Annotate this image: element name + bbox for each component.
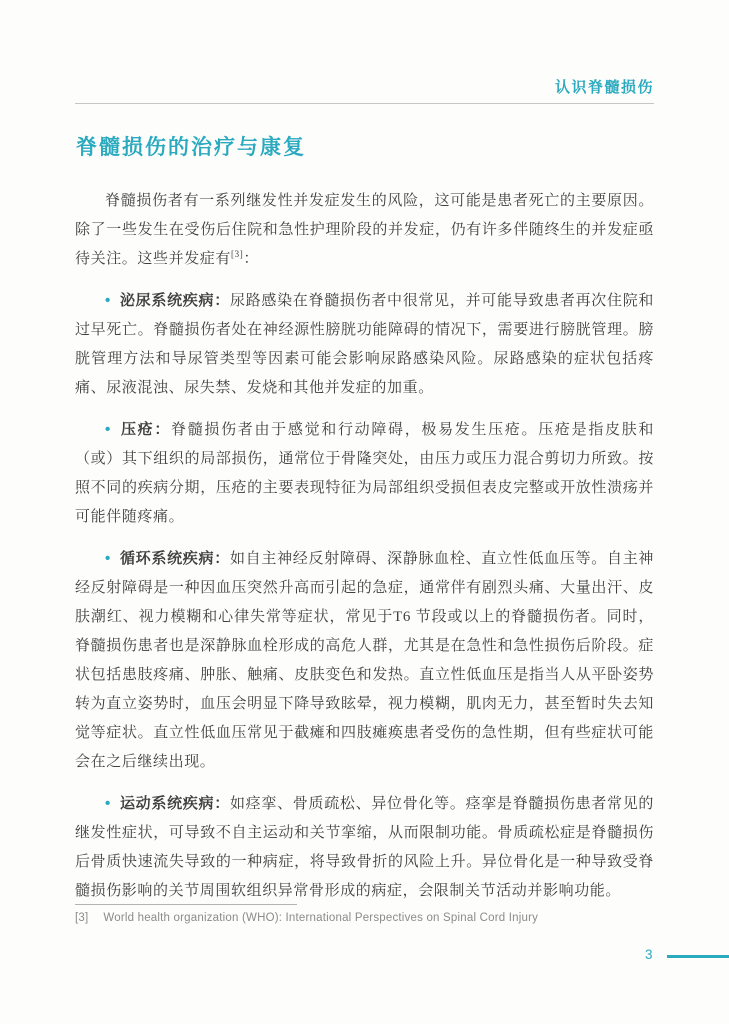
footnote-ref: [3] xyxy=(75,912,88,924)
bullet-item-motor: •运动系统疾病：如痉挛、骨质疏松、异位骨化等。痉挛是脊髓损伤患者常见的继发性症状… xyxy=(75,789,654,906)
running-head: 认识脊髓损伤 xyxy=(555,76,654,97)
page-title: 脊髓损伤的治疗与康复 xyxy=(76,131,306,161)
intro-suffix: ： xyxy=(243,251,259,267)
bullet-icon: • xyxy=(105,292,111,309)
bullet-icon: • xyxy=(105,550,111,567)
bullet-text: 如自主神经反射障碍、深静脉血栓、直立性低血压等。自主神经反射障碍是一种因血压突然… xyxy=(75,551,654,770)
footnote: [3]World health organization (WHO): Inte… xyxy=(75,912,654,924)
document-page: 认识脊髓损伤 脊髓损伤的治疗与康复 脊髓损伤者有一系列继发性并发症发生的风险，这… xyxy=(0,0,729,1024)
bullet-term: 运动系统疾病： xyxy=(120,796,230,812)
bullet-icon: • xyxy=(105,795,111,812)
footnote-ref-marker: [3] xyxy=(231,249,243,259)
bullet-item-pressure-sore: •压疮：脊髓损伤者由于感觉和行动障碍，极易发生压疮。压疮是指皮肤和（或）其下组织… xyxy=(75,415,654,532)
bullet-item-urinary: •泌尿系统疾病：尿路感染在脊髓损伤者中很常见，并可能导致患者再次住院和过早死亡。… xyxy=(75,286,654,403)
footnote-text: World health organization (WHO): Interna… xyxy=(103,912,538,924)
bullet-item-circulatory: •循环系统疾病：如自主神经反射障碍、深静脉血栓、直立性低血压等。自主神经反射障碍… xyxy=(75,544,654,777)
bullet-term: 压疮： xyxy=(120,422,171,438)
header-divider xyxy=(75,103,654,104)
footnote-divider xyxy=(75,904,297,905)
bullet-term: 循环系统疾病： xyxy=(120,551,230,567)
page-number: 3 xyxy=(645,947,653,962)
bullet-icon: • xyxy=(105,421,111,438)
intro-paragraph: 脊髓损伤者有一系列继发性并发症发生的风险，这可能是患者死亡的主要原因。除了一些发… xyxy=(75,187,654,274)
intro-text: 脊髓损伤者有一系列继发性并发症发生的风险，这可能是患者死亡的主要原因。除了一些发… xyxy=(75,193,654,267)
bullet-term: 泌尿系统疾病： xyxy=(120,293,230,309)
footer-accent-line xyxy=(667,955,729,958)
body-text: 脊髓损伤者有一系列继发性并发症发生的风险，这可能是患者死亡的主要原因。除了一些发… xyxy=(75,187,654,918)
